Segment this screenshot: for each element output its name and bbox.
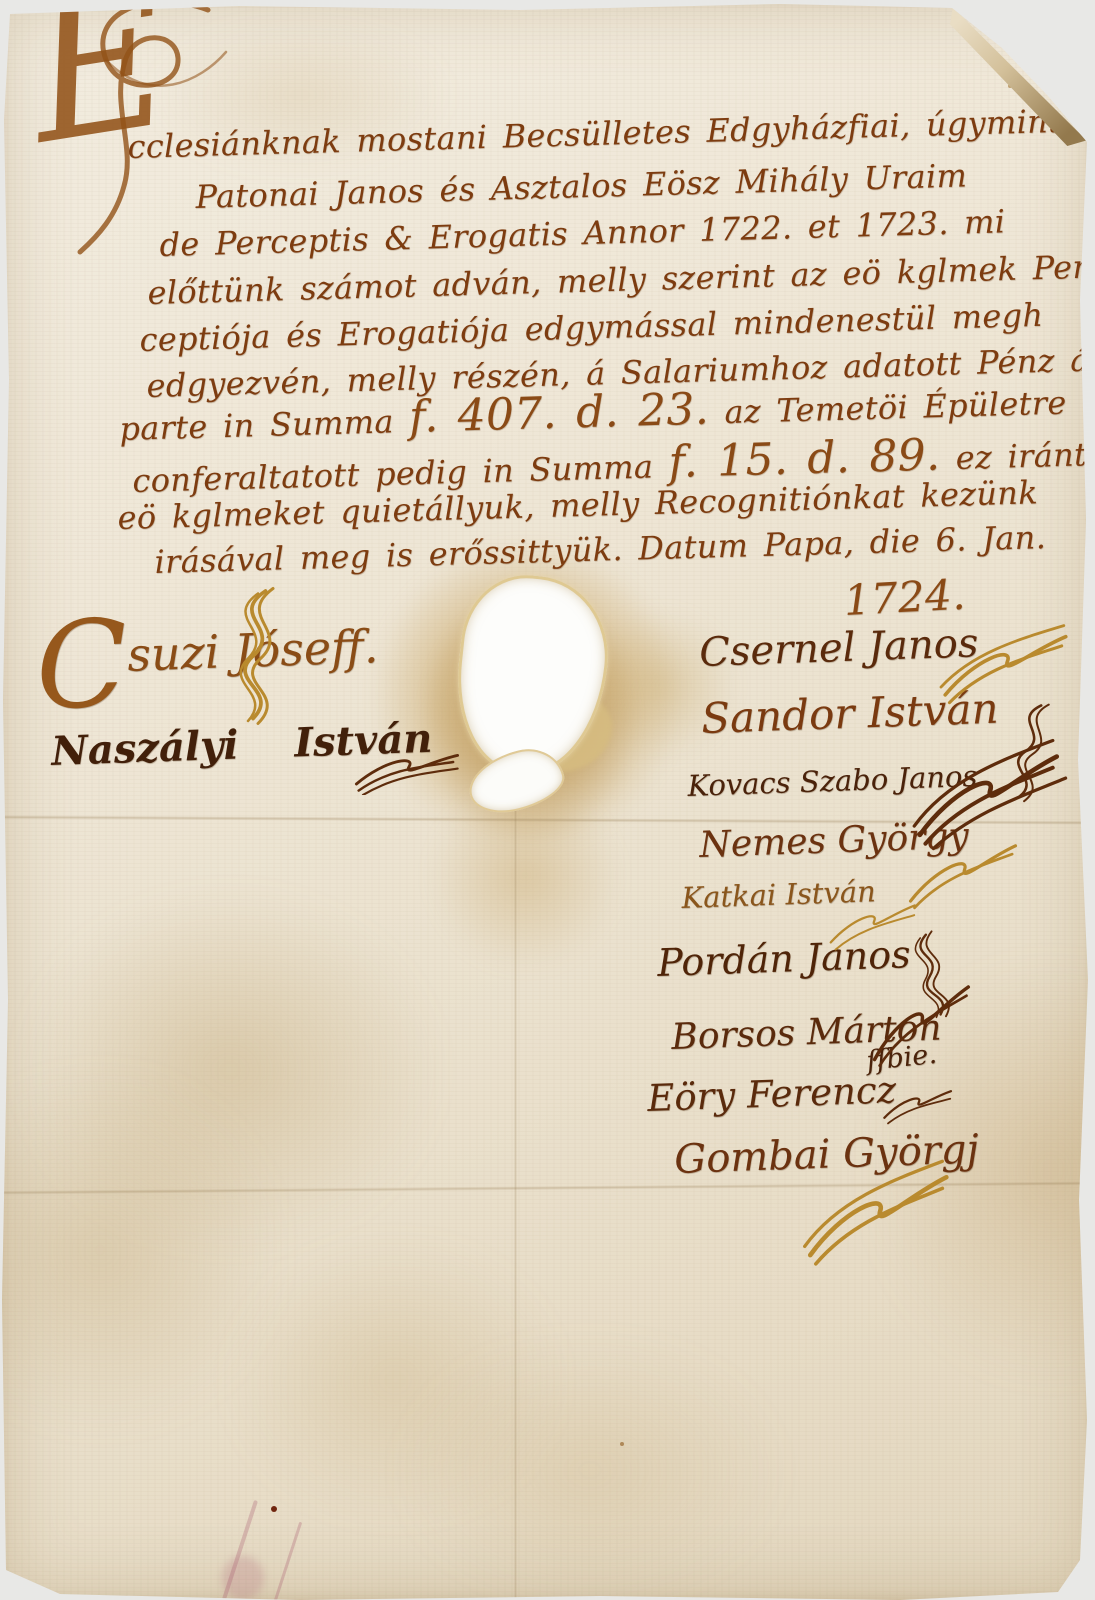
year-text: 1724. [843, 570, 967, 625]
water-stain [400, 1340, 780, 1600]
ink-speck [271, 1506, 277, 1512]
water-stain [230, 1240, 560, 1520]
fold-crease [514, 770, 517, 1600]
water-stain [20, 890, 440, 1250]
scan-background: E cclesiánknak mostani Becsülletes Edgyh… [0, 0, 1095, 1600]
body-line-7-post: az Temetöi Épületre [708, 384, 1067, 432]
body-line-2: Patonai Janos és Asztalos Eösz Mihály Ur… [195, 159, 967, 213]
body-line-1-text: cclesiánknak mostani Becsülletes Edgyház… [127, 102, 1062, 166]
water-stain [0, 1070, 280, 1430]
ink-speck [620, 1442, 624, 1446]
pen-flourish [352, 740, 462, 795]
red-pencil-mark [273, 1522, 302, 1600]
signature-name: Eöry Ferencz [647, 1068, 897, 1120]
sum-amount-1: f. 407. d. 23. [408, 384, 709, 443]
water-stain [430, 780, 620, 970]
red-pencil-mark [222, 1556, 264, 1600]
signature-initial: C [33, 595, 130, 737]
body-line-8-post: ez iránt [940, 435, 1088, 477]
body-line-1: cclesiánknak mostani Becsülletes Edgyház… [127, 105, 1062, 163]
pen-knot-flourish [208, 586, 298, 736]
signature-eory-ferencz: Eöry Ferencz [647, 1071, 897, 1117]
manuscript-page: E cclesiánknak mostani Becsülletes Edgyh… [0, 0, 1095, 1600]
year-line: 1724. [843, 574, 967, 622]
body-line-7-pre: parte in Summa [119, 402, 410, 448]
pen-flourish [878, 1078, 957, 1128]
